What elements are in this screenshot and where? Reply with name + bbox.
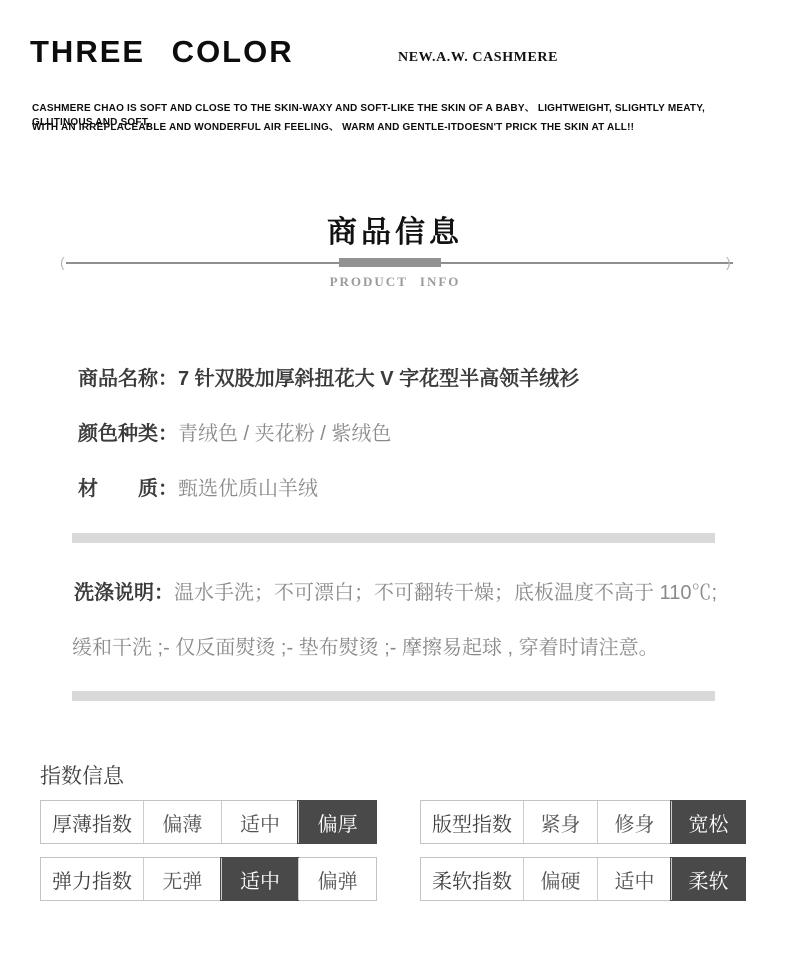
index-option: 修身 [597,801,671,843]
product-detail-page: THREE COLOR NEW.A.W. CASHMERE CASHMERE C… [0,0,790,959]
index-table-elasticity: 弹力指数 无弹 适中 偏弹 [40,857,377,901]
index-row-label: 厚薄指数 [41,801,143,843]
spec-value: 甄选优质山羊绒 [178,478,318,500]
index-option: 偏硬 [523,858,597,900]
spec-row-color-types: 颜色种类：青绒色 / 夹花粉 / 紫绒色 [78,421,738,447]
intro-line-2: WITH AN IRREPLACEABLE AND WONDERFUL AIR … [32,121,712,140]
index-option-selected: 偏厚 [298,801,376,843]
index-option-selected: 适中 [221,858,299,900]
intro-paragraph: CASHMERE CHAO IS SOFT AND CLOSE TO THE S… [32,102,712,140]
index-table-fit: 版型指数 紧身 修身 宽松 [420,800,746,844]
intro-line-1: CASHMERE CHAO IS SOFT AND CLOSE TO THE S… [32,102,712,121]
index-option: 偏薄 [143,801,221,843]
index-option-selected: 柔软 [671,858,745,900]
spec-value: 青绒色 / 夹花粉 / 紫绒色 [178,423,391,445]
divider-left-cap: ( [60,254,65,270]
divider-bar-top [72,533,715,543]
index-option: 紧身 [523,801,597,843]
spec-label: 材 质： [78,478,178,500]
care-instructions-line-2: 缓和干洗 ;- 仅反面熨烫 ;- 垫布熨烫 ;- 摩擦易起球 , 穿着时请注意。 [72,635,732,661]
spec-row-material: 材 质：甄选优质山羊绒 [78,476,738,502]
brand-subtitle: NEW.A.W. CASHMERE [398,50,558,66]
care-instructions-line-1: 洗涤说明：温水手洗；不可漂白；不可翻转干燥；底板温度不高于 110℃; [74,580,734,606]
index-option: 适中 [221,801,299,843]
index-row-label: 版型指数 [421,801,523,843]
divider-right-cap: ) [726,254,731,270]
index-option: 无弹 [143,858,221,900]
spec-row-product-name: 商品名称：7 针双股加厚斜扭花大 V 字花型半高领羊绒衫 [78,366,738,392]
index-option: 适中 [597,858,671,900]
section-title-cn: 商品信息 [0,207,790,251]
spec-label: 颜色种类： [78,423,178,445]
divider-bar-bottom [72,691,715,701]
spec-label: 商品名称： [78,368,178,390]
brand-title: THREE COLOR [30,34,294,70]
index-table-thickness: 厚薄指数 偏薄 适中 偏厚 [40,800,377,844]
index-row-label: 柔软指数 [421,858,523,900]
care-text: 温水手洗；不可漂白；不可翻转干燥；底板温度不高于 110℃; [174,582,717,604]
index-info-heading: 指数信息 [40,760,124,790]
section-title-en: PRODUCT INFO [0,274,790,290]
divider-center-bar [339,258,441,267]
index-row-label: 弹力指数 [41,858,143,900]
care-label: 洗涤说明： [74,582,174,604]
index-table-softness: 柔软指数 偏硬 适中 柔软 [420,857,746,901]
index-option: 偏弹 [298,858,376,900]
spec-value: 7 针双股加厚斜扭花大 V 字花型半高领羊绒衫 [178,368,579,390]
index-option-selected: 宽松 [671,801,745,843]
